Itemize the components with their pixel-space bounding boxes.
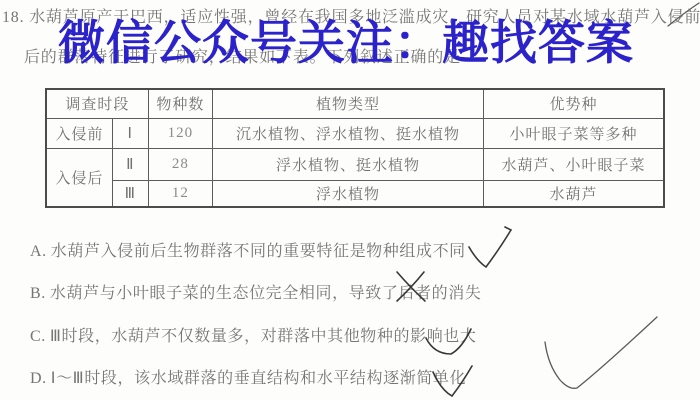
cell-plant-types: 浮水植物、挺水植物 [213, 148, 484, 180]
header-plant-types: 植物类型 [213, 89, 484, 118]
option-b-text: 水葫芦与小叶眼子菜的生态位完全相同，导致了后者的消失 [50, 285, 482, 302]
header-dominant-species: 优势种 [483, 89, 664, 118]
large-checkmark-icon [545, 317, 657, 388]
cell-period: Ⅲ [112, 180, 148, 207]
cell-dominant-species: 水葫芦、小叶眼子菜 [483, 148, 664, 180]
survey-results-table: 调查时段 物种数 植物类型 优势种 入侵前 Ⅰ 120 沉水植物、浮水植物、挺水… [45, 88, 665, 208]
answer-option-d: D.Ⅰ～Ⅲ时段，该水域群落的垂直结构和水平结构逐渐简单化 [30, 365, 466, 388]
header-survey-period: 调查时段 [46, 89, 148, 118]
option-a-label: A. [30, 243, 47, 260]
table-header-row: 调查时段 物种数 植物类型 优势种 [46, 89, 664, 118]
cell-species-count: 120 [148, 118, 212, 148]
option-b-label: B. [30, 285, 46, 302]
cell-plant-types: 浮水植物 [213, 180, 484, 207]
cell-phase-after: 入侵后 [46, 148, 112, 207]
option-c-text: Ⅲ时段，水葫芦不仅数量多，对群落中其他物种的影响也大 [50, 328, 477, 345]
table-row: 入侵后 Ⅱ 28 浮水植物、挺水植物 水葫芦、小叶眼子菜 [46, 148, 664, 180]
option-d-label: D. [30, 370, 47, 387]
cell-dominant-species: 小叶眼子菜等多种 [483, 118, 664, 148]
option-a-text: 水葫芦入侵前后生物群落不同的重要特征是物种组成不同 [51, 243, 466, 260]
cell-period: Ⅰ [112, 118, 148, 148]
answer-option-a: A.水葫芦入侵前后生物群落不同的重要特征是物种组成不同 [30, 238, 466, 261]
cell-species-count: 12 [148, 180, 212, 207]
scanned-exam-page: 18. 水葫芦原产于巴西，适应性强，曾经在我国多地泛滥成灾。研究人员对某水域水葫… [0, 0, 700, 400]
option-d-text: Ⅰ～Ⅲ时段，该水域群落的垂直结构和水平结构逐渐简单化 [51, 370, 466, 387]
watermark-text: 微信公众号关注：趣找答案 [58, 6, 634, 73]
checkmark-option-a-icon [469, 227, 511, 267]
option-c-label: C. [30, 328, 46, 345]
cell-species-count: 28 [148, 148, 212, 180]
header-species-count: 物种数 [148, 89, 212, 118]
cell-phase-before: 入侵前 [46, 118, 112, 148]
table-row: 入侵前 Ⅰ 120 沉水植物、浮水植物、挺水植物 小叶眼子菜等多种 [46, 118, 664, 148]
answer-option-b: B.水葫芦与小叶眼子菜的生态位完全相同，导致了后者的消失 [30, 280, 481, 303]
answer-option-c: C.Ⅲ时段，水葫芦不仅数量多，对群落中其他物种的影响也大 [30, 323, 477, 346]
table-row: Ⅲ 12 浮水植物 水葫芦 [46, 180, 664, 207]
cell-period: Ⅱ [112, 148, 148, 180]
cell-dominant-species: 水葫芦 [483, 180, 664, 207]
cell-plant-types: 沉水植物、浮水植物、挺水植物 [213, 118, 484, 148]
